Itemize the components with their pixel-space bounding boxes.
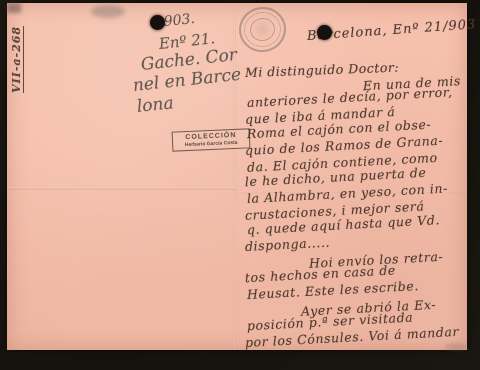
paper-smudge-top (91, 5, 125, 18)
archival-reference: VII-a-268 (10, 15, 23, 93)
punch-hole-left (150, 15, 165, 30)
punch-hole-right (317, 25, 332, 40)
letter-paper: VII-a-268 1903.Enº 21.Gache. Cornel en B… (7, 3, 467, 350)
letter-body: En una de misanteriores le decía, por er… (245, 79, 479, 351)
fold-crease-horizontal-left (7, 187, 237, 190)
collection-stamp: COLECCIÓN Herbario García Costa (172, 128, 251, 151)
scan-background: VII-a-268 1903.Enº 21.Gache. Cornel en B… (0, 0, 480, 370)
paper-smudge-corner (7, 3, 21, 13)
letter-dateline: Barcelona, Enº 21/903 (306, 17, 476, 44)
